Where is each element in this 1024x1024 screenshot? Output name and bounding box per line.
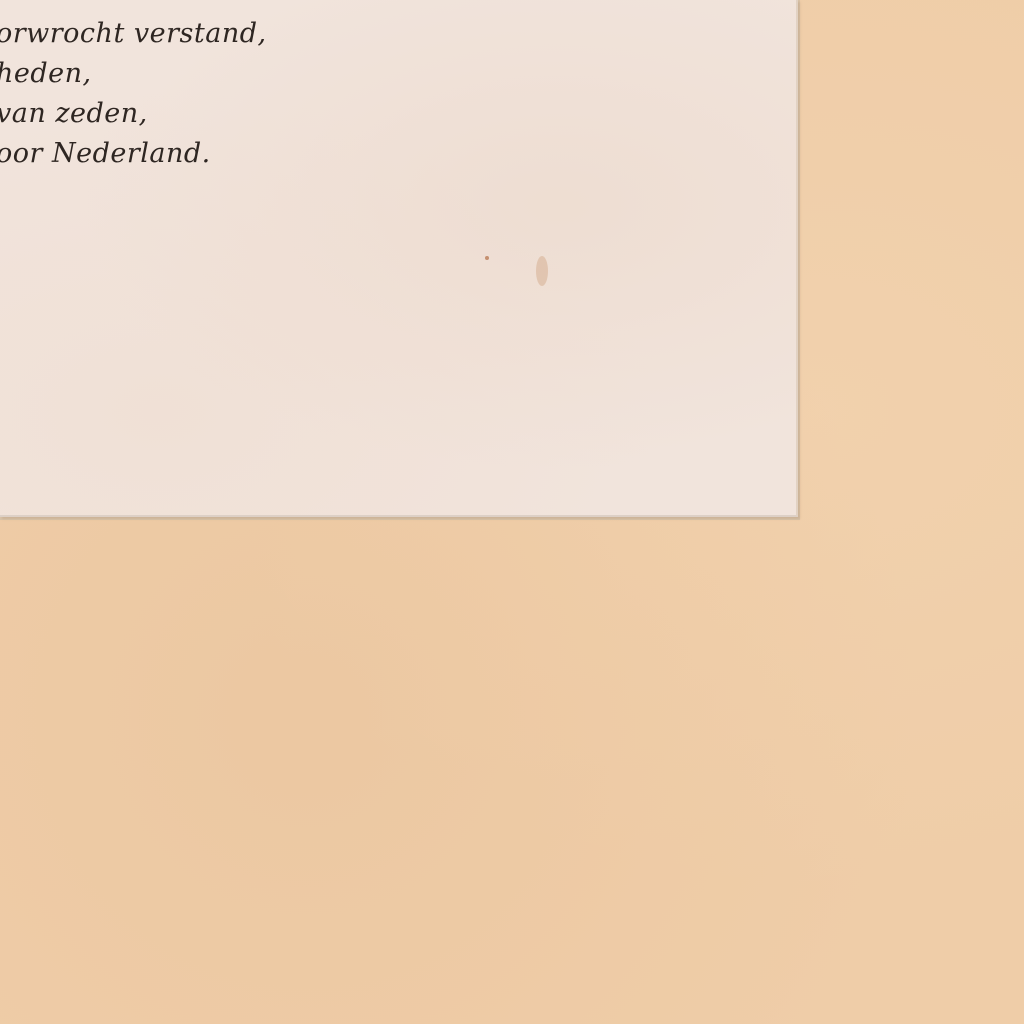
foxing-spot bbox=[536, 256, 548, 286]
verse-line-3: van zeden, bbox=[0, 94, 267, 134]
verse-line-1: orwrocht verstand, bbox=[0, 14, 267, 54]
printed-sheet: orwrocht verstand, heden, van zeden, oor… bbox=[0, 0, 798, 517]
verse-line-2: heden, bbox=[0, 54, 267, 94]
verse-line-4: oor Nederland. bbox=[0, 134, 267, 174]
verse-text: orwrocht verstand, heden, van zeden, oor… bbox=[0, 14, 267, 174]
foxing-spot bbox=[485, 256, 489, 260]
